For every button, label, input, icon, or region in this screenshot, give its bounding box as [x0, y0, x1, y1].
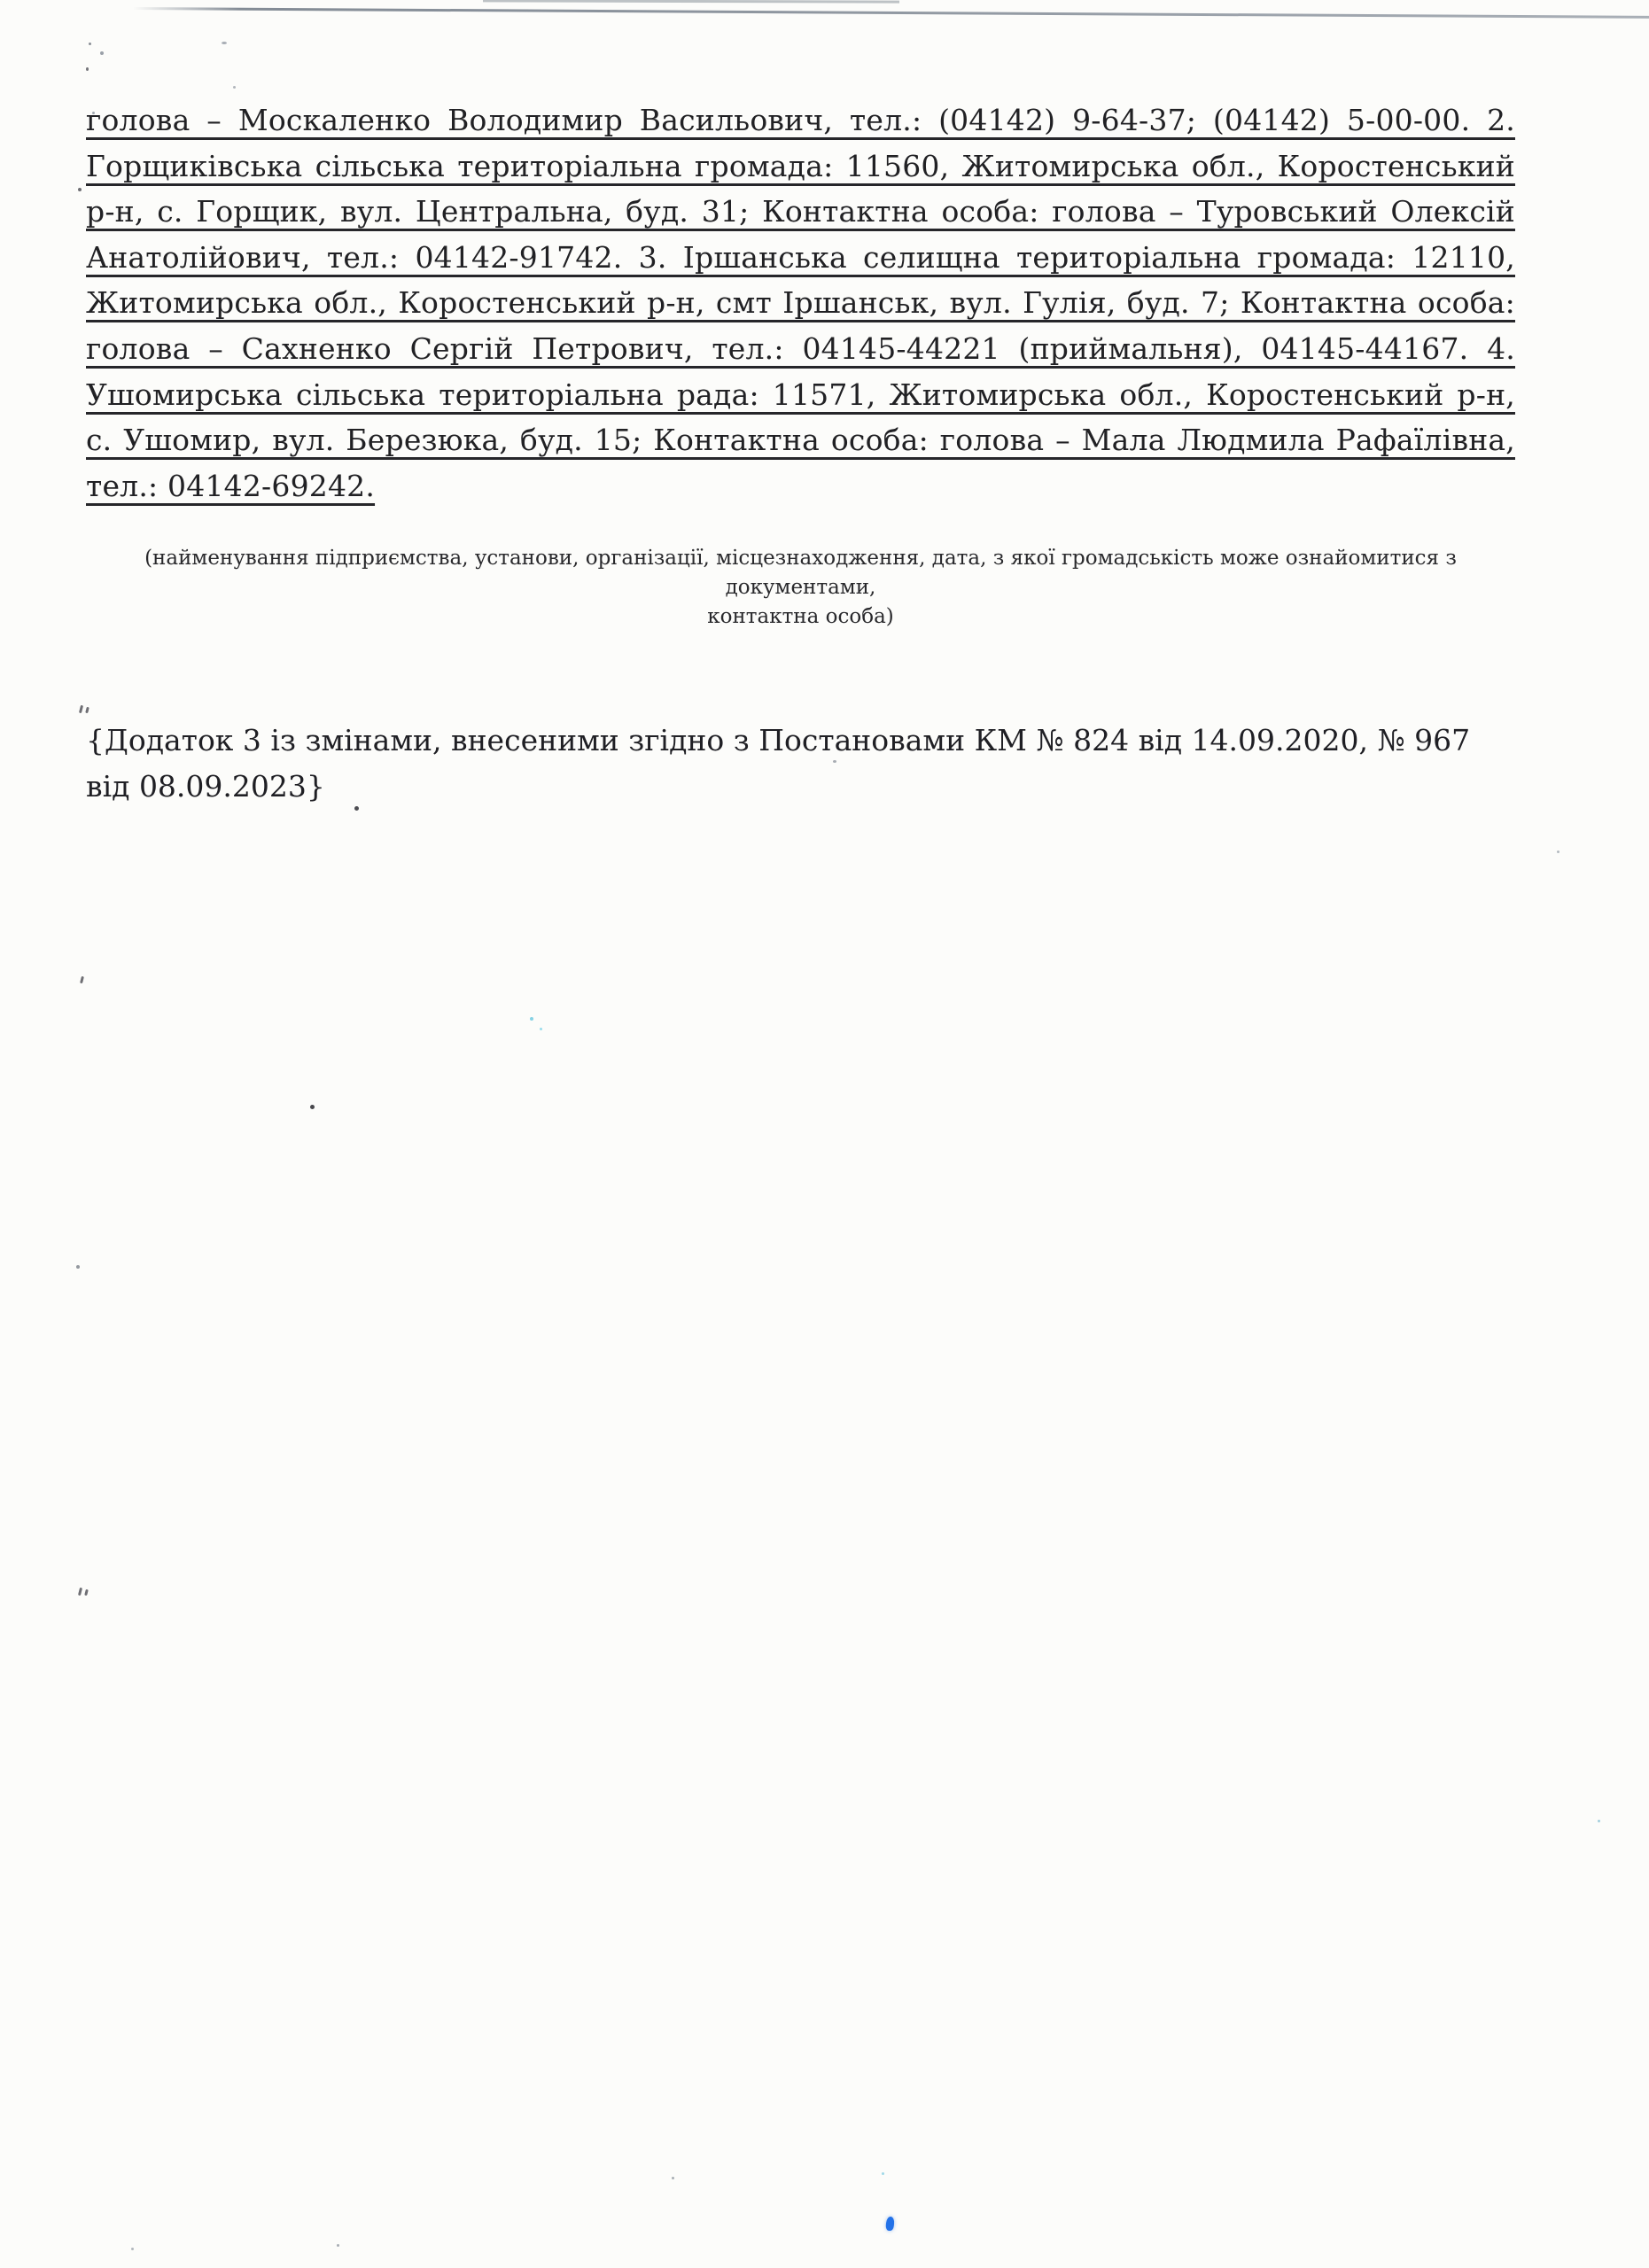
- scan-speck: [882, 2172, 884, 2175]
- document-line-text: р-н, с. Горщик, вул. Центральна, буд. 31…: [86, 194, 1515, 229]
- document-line-text: голова – Москаленко Володимир Васильович…: [86, 103, 1515, 137]
- margin-tick: [80, 976, 84, 983]
- document-line-text: тел.: 04142-69242.: [86, 469, 375, 503]
- margin-tick: [79, 705, 83, 713]
- scan-speck: [92, 112, 95, 114]
- document-line: голова – Сахненко Сергій Петрович, тел.:…: [86, 326, 1515, 372]
- scan-speck: [1557, 850, 1560, 853]
- scan-speck: [78, 188, 82, 191]
- scan-speck: [337, 2244, 339, 2247]
- scan-speck: [100, 51, 104, 55]
- document-line: Житомирська обл., Коростенський р-н, смт…: [86, 280, 1515, 326]
- scan-speck: [131, 2248, 134, 2250]
- scan-speck: [89, 43, 91, 45]
- amendment-note-line-1: {Додаток 3 із змінами, внесеними згідно …: [86, 718, 1515, 764]
- field-caption-line-1: (найменування підприємства, установи, ор…: [86, 544, 1515, 602]
- field-caption-line-2: контактна особа): [86, 602, 1515, 632]
- document-line-text: Анатолійович, тел.: 04142-91742. 3. Ірша…: [86, 240, 1515, 275]
- document-line: Анатолійович, тел.: 04142-91742. 3. Ірша…: [86, 235, 1515, 281]
- scan-edge-line: [133, 7, 1649, 18]
- margin-tick: [85, 707, 89, 714]
- scan-speck: [310, 1105, 315, 1109]
- scan-speck: [354, 806, 359, 811]
- scan-speck: [76, 1265, 80, 1269]
- scan-speck: [86, 67, 89, 71]
- document-line-text: Ушомирська сільська територіальна рада: …: [86, 377, 1515, 412]
- document-line: Горщиківська сільська територіальна гром…: [86, 144, 1515, 190]
- scan-speck: [222, 42, 227, 44]
- amendment-note: {Додаток 3 із змінами, внесеними згідно …: [86, 718, 1515, 810]
- scan-speck: [833, 760, 836, 763]
- scanned-document-page: голова – Москаленко Володимир Васильович…: [0, 0, 1649, 2268]
- blue-ink-dot: [885, 2217, 895, 2232]
- document-line: голова – Москаленко Володимир Васильович…: [86, 97, 1515, 144]
- document-text-block: голова – Москаленко Володимир Васильович…: [86, 97, 1515, 509]
- document-line: Ушомирська сільська територіальна рада: …: [86, 372, 1515, 418]
- scan-speck: [672, 2177, 674, 2179]
- document-line-text: голова – Сахненко Сергій Петрович, тел.:…: [86, 331, 1515, 366]
- field-caption: (найменування підприємства, установи, ор…: [86, 544, 1515, 632]
- document-line-text: с. Ушомир, вул. Березюка, буд. 15; Конта…: [86, 423, 1515, 457]
- margin-tick: [78, 1588, 82, 1596]
- scan-speck: [1598, 1820, 1600, 1822]
- scan-speck: [233, 86, 236, 89]
- document-line-text: Горщиківська сільська територіальна гром…: [86, 149, 1515, 183]
- document-line: с. Ушомир, вул. Березюка, буд. 15; Конта…: [86, 417, 1515, 463]
- scan-speck: [540, 1028, 542, 1030]
- scan-edge-smudge: [483, 0, 899, 4]
- document-line: р-н, с. Горщик, вул. Центральна, буд. 31…: [86, 189, 1515, 235]
- document-line-text: Житомирська обл., Коростенський р-н, смт…: [86, 285, 1515, 320]
- margin-tick: [84, 1589, 89, 1596]
- document-line: тел.: 04142-69242.: [86, 463, 1515, 509]
- amendment-note-line-2: від 08.09.2023}: [86, 764, 1515, 810]
- scan-speck: [530, 1017, 533, 1021]
